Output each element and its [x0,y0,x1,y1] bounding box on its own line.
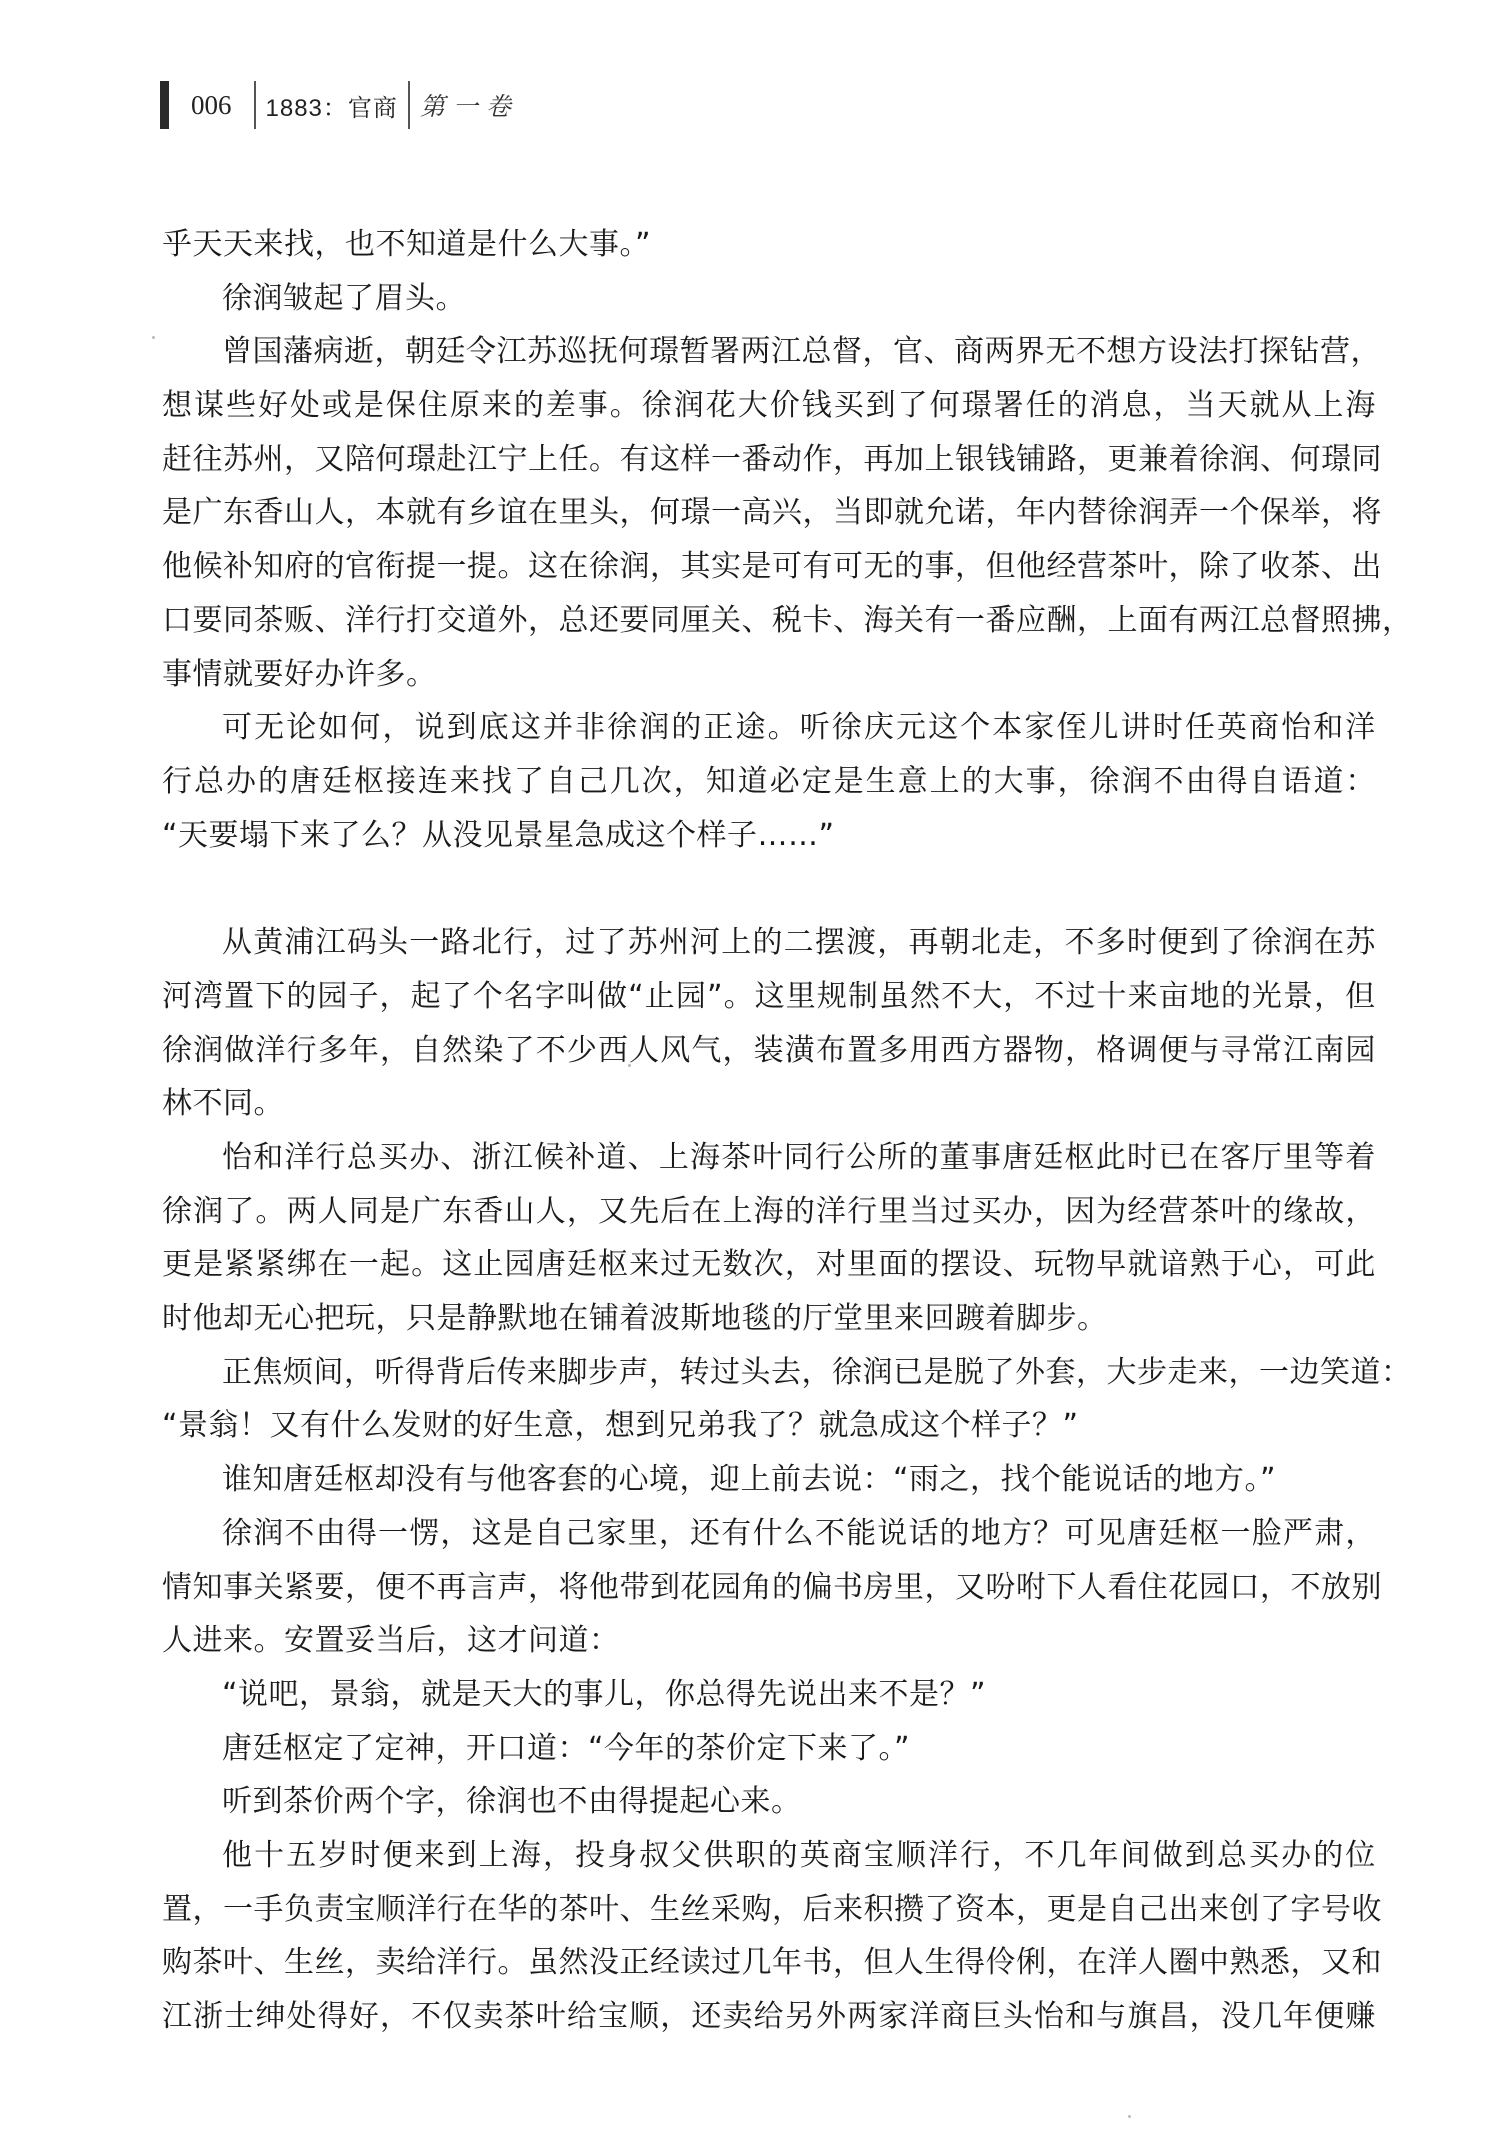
volume-title: 第一卷 [420,87,519,123]
section-2: 从黄浦江码头一路北行，过了苏州河上的二摆渡，再朝北走，不多时便到了徐润在苏河湾置… [162,916,1376,2043]
text-line: 徐润做洋行多年，自然染了不少西人风气，装潢布置多用西方器物，格调便与寻常江南园 [162,1024,1376,1078]
text-line: 徐润不由得一愣，这是自己家里，还有什么不能说话的地方？可见唐廷枢一脸严肃， [162,1507,1376,1561]
text-line: 人进来。安置妥当后，这才问道： [162,1614,1376,1668]
section-break [162,862,1376,916]
text-line: 从黄浦江码头一路北行，过了苏州河上的二摆渡，再朝北走，不多时便到了徐润在苏 [162,916,1376,970]
text-line: 置，一手负责宝顺洋行在华的茶叶、生丝采购，后来积攒了资本，更是自己出来创了字号收 [162,1883,1376,1937]
text-line: 是广东香山人，本就有乡谊在里头，何璟一高兴，当即就允诺，年内替徐润弄一个保举，将 [162,486,1376,540]
page-number: 006 [191,90,232,121]
scan-speck [152,336,155,339]
text-line: 林不同。 [162,1077,1376,1131]
text-line: “景翁！又有什么发财的好生意，想到兄弟我了？就急成这个样子？” [162,1399,1376,1453]
text-line: 曾国藩病逝，朝廷令江苏巡抚何璟暂署两江总督，官、商两界无不想方设法打探钻营， [162,325,1376,379]
text-line: 事情就要好办许多。 [162,648,1376,702]
text-line: 唐廷枢定了定神，开口道：“今年的茶价定下来了。” [162,1722,1376,1776]
section-1: 乎天天来找，也不知道是什么大事。”徐润皱起了眉头。曾国藩病逝，朝廷令江苏巡抚何璟… [162,218,1376,862]
text-line: 正焦烦间，听得背后传来脚步声，转过头去，徐润已是脱了外套，大步走来，一边笑道： [162,1346,1376,1400]
body-text: 乎天天来找，也不知道是什么大事。”徐润皱起了眉头。曾国藩病逝，朝廷令江苏巡抚何璟… [162,218,1376,2044]
head-divider [408,81,410,129]
text-line: 想谋些好处或是保住原来的差事。徐润花大价钱买到了何璟署任的消息，当天就从上海 [162,379,1376,433]
text-line: 行总办的唐廷枢接连来找了自己几次，知道必定是生意上的大事，徐润不由得自语道： [162,755,1376,809]
text-line: 乎天天来找，也不知道是什么大事。” [162,218,1376,272]
text-line: 赶往苏州，又陪何璟赴江宁上任。有这样一番动作，再加上银钱铺路，更兼着徐润、何璟同 [162,433,1376,487]
text-line: “说吧，景翁，就是天大的事儿，你总得先说出来不是？” [162,1668,1376,1722]
text-line: 谁知唐廷枢却没有与他客套的心境，迎上前去说：“雨之，找个能说话的地方。” [162,1453,1376,1507]
text-line: 徐润了。两人同是广东香山人，又先后在上海的洋行里当过买办，因为经营茶叶的缘故， [162,1185,1376,1239]
scan-speck [628,1064,631,1067]
head-divider [254,81,256,129]
running-head: 006 1883：官商 第一卷 [160,80,519,130]
scan-speck [1128,2115,1131,2118]
text-line: 他十五岁时便来到上海，投身叔父供职的英商宝顺洋行，不几年间做到总买办的位 [162,1829,1376,1883]
head-bar-decoration [160,81,169,129]
scan-speck [280,1050,283,1053]
text-line: 听到茶价两个字，徐润也不由得提起心来。 [162,1775,1376,1829]
text-line: 情知事关紧要，便不再言声，将他带到花园角的偏书房里，又吩咐下人看住花园口，不放别 [162,1561,1376,1615]
text-line: 徐润皱起了眉头。 [162,272,1376,326]
text-line: 怡和洋行总买办、浙江候补道、上海茶叶同行公所的董事唐廷枢此时已在客厅里等着 [162,1131,1376,1185]
text-line: 时他却无心把玩，只是静默地在铺着波斯地毯的厅堂里来回踱着脚步。 [162,1292,1376,1346]
text-line: 口要同茶贩、洋行打交道外，总还要同厘关、税卡、海关有一番应酬，上面有两江总督照拂… [162,594,1376,648]
book-title: 1883：官商 [266,88,398,123]
text-line: 河湾置下的园子，起了个名字叫做“止园”。这里规制虽然不大，不过十来亩地的光景，但 [162,970,1376,1024]
text-line: 江浙士绅处得好，不仅卖茶叶给宝顺，还卖给另外两家洋商巨头怡和与旗昌，没几年便赚 [162,1990,1376,2044]
text-line: 可无论如何，说到底这并非徐润的正途。听徐庆元这个本家侄儿讲时任英商怡和洋 [162,701,1376,755]
text-line: 购茶叶、生丝，卖给洋行。虽然没正经读过几年书，但人生得伶俐，在洋人圈中熟悉，又和 [162,1936,1376,1990]
text-line: 更是紧紧绑在一起。这止园唐廷枢来过无数次，对里面的摆设、玩物早就谙熟于心，可此 [162,1238,1376,1292]
text-line: “天要塌下来了么？从没见景星急成这个样子……” [162,809,1376,863]
text-line: 他候补知府的官衔提一提。这在徐润，其实是可有可无的事，但他经营茶叶，除了收茶、出 [162,540,1376,594]
